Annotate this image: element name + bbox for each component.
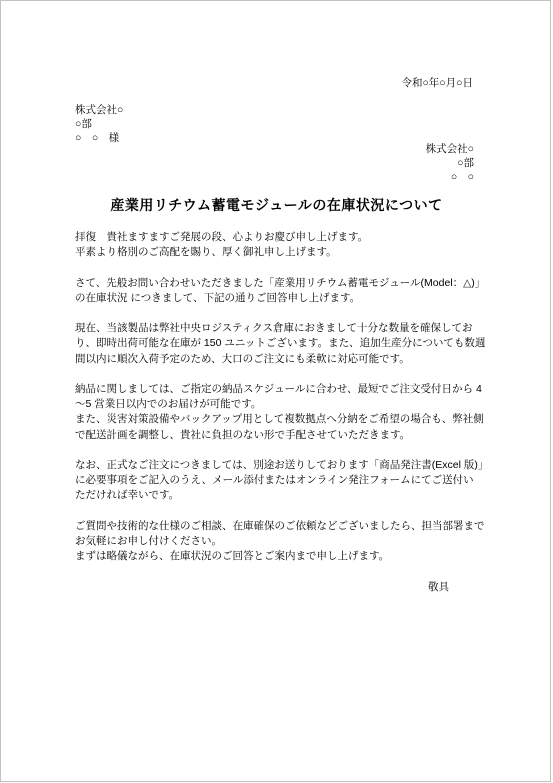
recipient-department: ○部 — [75, 117, 553, 131]
letter-title: 産業用リチウム蓄電モジュールの在庫状況について — [0, 197, 553, 213]
closing-keigu: 敬具 — [75, 580, 525, 595]
paragraph-greeting: 拝復 貴社ますますご発展の段、心よりお慶び申し上げます。 平素より格別のご高配を… — [75, 230, 525, 260]
paragraph-delivery: 納品に関しましては、ご指定の納品スケジュールに合わせ、最短でご注文受付日から 4… — [75, 382, 525, 443]
sender-department: ○部 — [0, 156, 474, 170]
paragraph-contact: ご質問や技術的な仕様のご相談、在庫確保のご依頼などございましたら、担当部署まで … — [75, 519, 525, 565]
letter-page: 令和○年○月○日 株式会社○ ○部 ○ ○ 様 株式会社○ ○部 ○ ○ 産業用… — [0, 0, 553, 783]
sender-company: 株式会社○ — [0, 142, 474, 156]
letter-content: 令和○年○月○日 株式会社○ ○部 ○ ○ 様 株式会社○ ○部 ○ ○ 産業用… — [0, 0, 553, 783]
recipient-company: 株式会社○ — [75, 103, 553, 117]
letter-body: 拝復 貴社ますますご発展の段、心よりお慶び申し上げます。 平素より格別のご高配を… — [0, 230, 525, 595]
paragraph-purpose: さて、先般お問い合わせいただきました「産業用リチウム蓄電モジュール(Model：… — [75, 276, 525, 306]
recipient-block: 株式会社○ ○部 ○ ○ 様 — [0, 103, 553, 145]
paragraph-order-procedure: なお、正式なご注文につきましては、別途お送りしております「商品発注書(Excel… — [75, 458, 525, 504]
letter-date: 令和○年○月○日 — [0, 76, 553, 90]
sender-person: ○ ○ — [0, 170, 474, 184]
sender-block: 株式会社○ ○部 ○ ○ — [0, 142, 553, 184]
paragraph-stock-status: 現在、当該製品は弊社中央ロジスティクス倉庫におきまして十分な数量を確保してお り… — [75, 321, 525, 367]
